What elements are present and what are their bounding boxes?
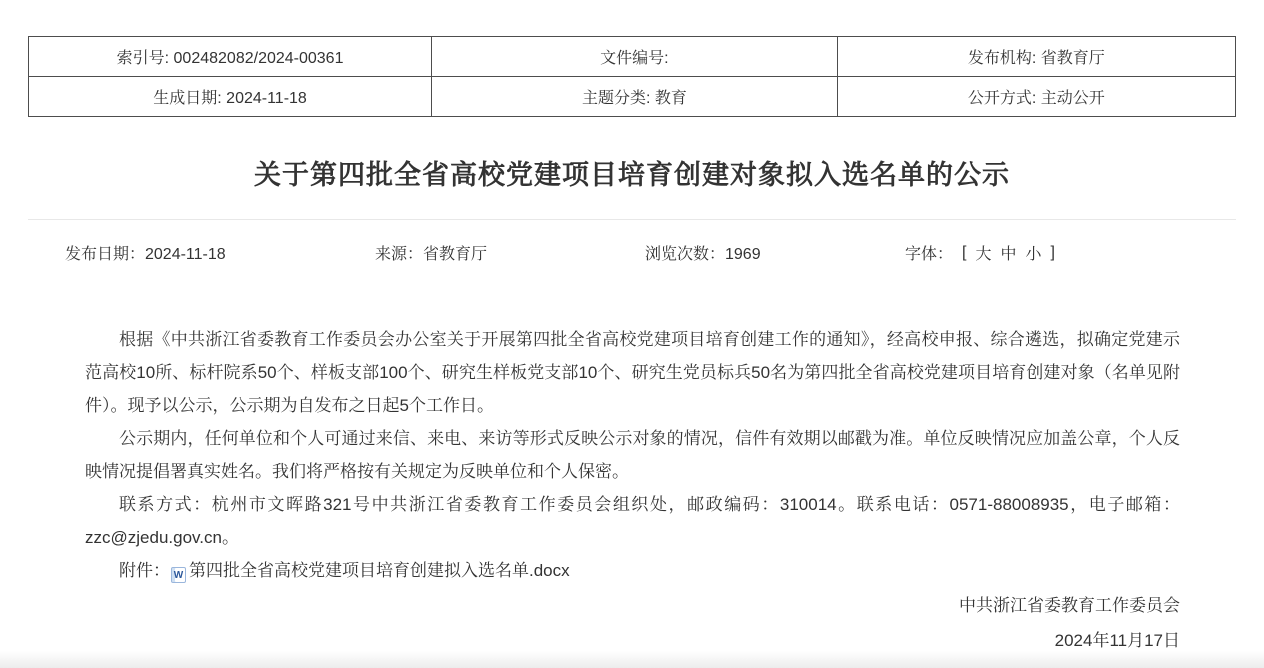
font-size-small-button[interactable]: 小 [1026, 241, 1042, 264]
signature-block: 中共浙江省委教育工作委员会 2024年11月17日 [0, 588, 1180, 658]
attachment-link[interactable]: 第四批全省高校党建项目培育创建拟入选名单.docx [189, 561, 570, 580]
index-number-cell: 索引号: 002482082/2024-00361 [29, 37, 432, 77]
issuing-agency-cell: 发布机构: 省教育厅 [837, 37, 1235, 77]
bracket-close: ] [1051, 244, 1055, 262]
attachment-line: 附件：W第四批全省高校党建项目培育创建拟入选名单.docx [85, 554, 1180, 587]
attachment-label: 附件： [119, 561, 170, 580]
table-row: 索引号: 002482082/2024-00361 文件编号: 发布机构: 省教… [29, 37, 1236, 77]
word-doc-icon: W [171, 567, 186, 583]
footer-fade-divider [0, 651, 1264, 668]
meta-row: 发布日期：2024-11-18 来源：省教育厅 浏览次数：1969 字体： [ … [28, 219, 1236, 278]
document-info-table: 索引号: 002482082/2024-00361 文件编号: 发布机构: 省教… [28, 36, 1236, 117]
creation-date-cell: 生成日期: 2024-11-18 [29, 77, 432, 117]
paragraph-contact: 联系方式：杭州市文晖路321号中共浙江省委教育工作委员会组织处，邮政编码：310… [85, 488, 1180, 554]
view-count: 浏览次数：1969 [645, 241, 905, 264]
notice-page: 索引号: 002482082/2024-00361 文件编号: 发布机构: 省教… [0, 0, 1264, 668]
font-size-medium-button[interactable]: 中 [1000, 241, 1016, 264]
paragraph-basis: 根据《中共浙江省委教育工作委员会办公室关于开展第四批全省高校党建项目培育创建工作… [85, 323, 1180, 422]
font-size-large-button[interactable]: 大 [975, 241, 991, 264]
bracket-open: [ [962, 244, 966, 262]
signature-org: 中共浙江省委教育工作委员会 [0, 588, 1180, 623]
topic-category-cell: 主题分类: 教育 [432, 77, 838, 117]
publish-date: 发布日期：2024-11-18 [65, 241, 375, 264]
disclosure-method-cell: 公开方式: 主动公开 [837, 77, 1235, 117]
article-body: 根据《中共浙江省委教育工作委员会办公室关于开展第四批全省高校党建项目培育创建工作… [85, 323, 1180, 587]
table-row: 生成日期: 2024-11-18 主题分类: 教育 公开方式: 主动公开 [29, 77, 1236, 117]
source: 来源：省教育厅 [375, 241, 645, 264]
font-size-control: 字体： [ 大 中 小 ] [905, 241, 1055, 264]
paragraph-publicity-period: 公示期内，任何单位和个人可通过来信、来电、来访等形式反映公示对象的情况，信件有效… [85, 422, 1180, 488]
page-title: 关于第四批全省高校党建项目培育创建对象拟入选名单的公示 [0, 153, 1264, 192]
file-number-cell: 文件编号: [432, 37, 838, 77]
font-size-label: 字体： [905, 241, 953, 264]
